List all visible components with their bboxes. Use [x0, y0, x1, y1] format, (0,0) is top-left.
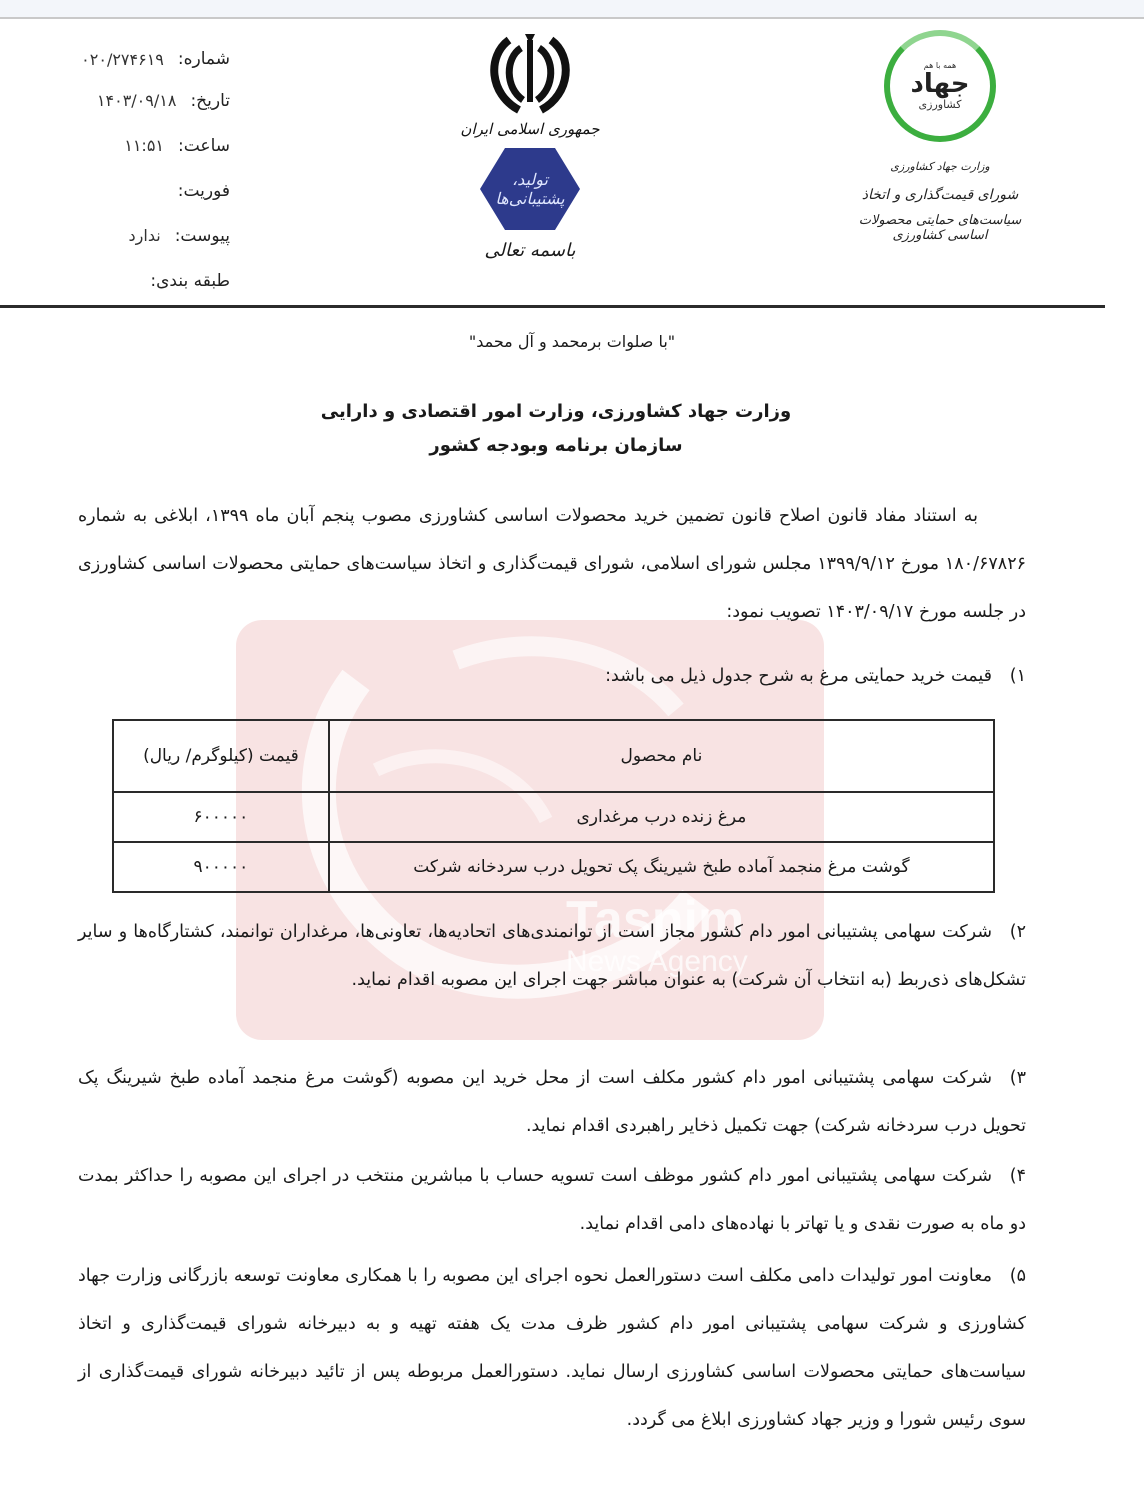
- list-item-3: ۳)شرکت سهامی پشتیبانی امور دام کشور مکلف…: [78, 1054, 1026, 1150]
- meta-number: شماره: ۰۲۰/۲۷۴۶۱۹: [20, 40, 230, 78]
- header-product-name: نام محصول: [329, 720, 994, 792]
- item-number: ۵): [992, 1252, 1026, 1300]
- cell-price: ۹۰۰۰۰۰: [113, 842, 329, 892]
- list-item-5: ۵)معاونت امور تولیدات دامی مکلف است دستو…: [78, 1252, 1026, 1444]
- cell-product-name: مرغ زنده درب مرغداری: [329, 792, 994, 842]
- item-number: ۱): [992, 652, 1026, 700]
- viewer-top-bar: [0, 0, 1144, 19]
- cell-product-name: گوشت مرغ منجمد آماده طبخ شیرینگ پک تحویل…: [329, 842, 994, 892]
- item-text: قیمت خرید حمایتی مرغ به شرح جدول ذیل می …: [605, 666, 992, 686]
- meta-urgency: فوریت:: [20, 168, 230, 213]
- meta-date: تاریخ: ۱۴۰۳/۰۹/۱۸: [20, 78, 230, 123]
- letter-meta: شماره: ۰۲۰/۲۷۴۶۱۹ تاریخ: ۱۴۰۳/۰۹/۱۸ ساعت…: [20, 40, 230, 303]
- cell-price: ۶۰۰۰۰۰: [113, 792, 329, 842]
- list-item-4: ۴)شرکت سهامی پشتیبانی امور دام کشور موظف…: [78, 1152, 1026, 1248]
- meta-attachment: پیوست: ندارد: [20, 213, 230, 258]
- item-number: ۴): [992, 1152, 1026, 1200]
- basmala-sign: باسمه تعالی: [460, 240, 600, 261]
- header-divider: [0, 305, 1105, 308]
- jahad-keshavarzi-logo: همه با هم جهاد کشاورزی: [884, 30, 996, 142]
- national-emblem-block: جمهوری اسلامی ایران تولید، پشتیبانی‌ها ب…: [460, 28, 600, 298]
- item-text: شرکت سهامی پشتیبانی امور دام کشور موظف ا…: [78, 1166, 1026, 1234]
- table-row: مرغ زنده درب مرغداری ۶۰۰۰۰۰: [113, 792, 994, 842]
- iran-emblem-icon: [485, 28, 575, 116]
- table-header-row: نام محصول قیمت (کیلوگرم/ ریال): [113, 720, 994, 792]
- salawat-line: "با صلوات برمحمد و آل محمد": [0, 332, 1144, 351]
- slogan-seal: تولید، پشتیبانی‌ها: [480, 148, 580, 230]
- item-text: شرکت سهامی پشتیبانی امور دام کشور مجاز ا…: [78, 922, 1026, 990]
- ministry-logo-block: همه با هم جهاد کشاورزی وزارت جهاد کشاورز…: [840, 30, 1040, 290]
- addressee-line-2: سازمان برنامه وبودجه کشور: [0, 429, 1112, 463]
- price-table: نام محصول قیمت (کیلوگرم/ ریال) مرغ زنده …: [112, 719, 995, 893]
- addressee-line-1: وزارت جهاد کشاورزی، وزارت امور اقتصادی و…: [0, 395, 1112, 429]
- council-name-1: شورای قیمت‌گذاری و اتخاذ: [840, 187, 1040, 203]
- council-name-2: سیاست‌های حمایتی محصولات اساسی کشاورزی: [840, 213, 1040, 243]
- addressee: وزارت جهاد کشاورزی، وزارت امور اقتصادی و…: [0, 395, 1112, 463]
- item-number: ۲): [992, 908, 1026, 956]
- item-text: معاونت امور تولیدات دامی مکلف است دستورا…: [78, 1266, 1026, 1430]
- meta-classification: طبقه بندی:: [20, 258, 230, 303]
- header-price: قیمت (کیلوگرم/ ریال): [113, 720, 329, 792]
- intro-paragraph: به استناد مفاد قانون اصلاح قانون تضمین خ…: [78, 492, 1026, 636]
- meta-time: ساعت: ۱۱:۵۱: [20, 123, 230, 168]
- item-text: شرکت سهامی پشتیبانی امور دام کشور مکلف ا…: [78, 1068, 1026, 1136]
- emblem-caption: جمهوری اسلامی ایران: [460, 120, 600, 138]
- list-item-2: ۲)شرکت سهامی پشتیبانی امور دام کشور مجاز…: [78, 908, 1026, 1004]
- table-row: گوشت مرغ منجمد آماده طبخ شیرینگ پک تحویل…: [113, 842, 994, 892]
- item-number: ۳): [992, 1054, 1026, 1102]
- list-item-1: ۱)قیمت خرید حمایتی مرغ به شرح جدول ذیل م…: [78, 652, 1026, 700]
- ministry-name: وزارت جهاد کشاورزی: [840, 160, 1040, 173]
